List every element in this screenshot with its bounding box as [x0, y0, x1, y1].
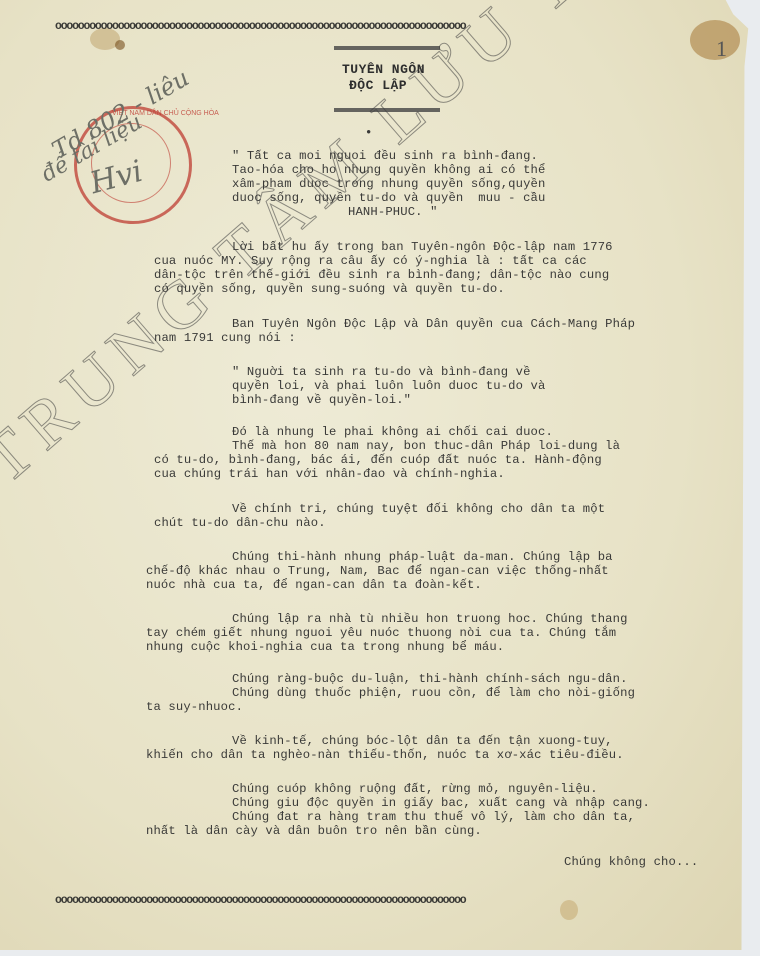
top-border-pattern: oooooooooooooooooooooooooooooooooooooooo…	[55, 20, 465, 33]
para8-line: khiến cho dân ta nghèo-nàn thiếu-thốn, n…	[146, 748, 624, 762]
continuation-text: Chúng không cho...	[564, 855, 698, 869]
para9-line: Chúng đat ra hàng tram thu thuế vô lý, l…	[232, 810, 635, 824]
para7-line: Chúng dùng thuốc phiện, ruou cồn, để làm…	[232, 686, 635, 700]
para7-line: ta suy-nhuoc.	[146, 700, 243, 714]
para4-line: chút tu-do dân-chu nào.	[154, 516, 326, 530]
para5-line: Chúng thi-hành nhung pháp-luật da-man. C…	[232, 550, 613, 564]
para3-line: Đó là nhung le phai không ai chối cai du…	[232, 425, 553, 439]
para3-line: có tu-do, bình-đang, bác ái, đến cuóp đấ…	[154, 453, 602, 467]
para6-line: tay chém giết nhung nguoi yêu nuóc thuon…	[146, 626, 616, 640]
stain	[115, 40, 125, 50]
para3-line: Thế mà hon 80 nam nay, bon thuc-dân Pháp…	[232, 439, 620, 453]
quote1-line: HANH-PHUC. "	[348, 205, 438, 219]
para3-line: cua chúng trái han với nhân-đao và chính…	[154, 467, 505, 481]
para9-line: Chúng cuóp không ruộng đất, rừng mỏ, ngu…	[232, 782, 598, 796]
para6-line: nhung cuộc khoi-nghia cua ta trong nhung…	[146, 640, 504, 654]
quote2-line: bình-đang về quyền-loi."	[232, 393, 411, 407]
stain	[690, 20, 740, 60]
para8-line: Về kinh-tế, chúng bóc-lột dân ta đến tận…	[232, 734, 613, 748]
page-number: 1	[716, 36, 727, 62]
stain	[560, 900, 578, 920]
para7-line: Chúng ràng-buộc du-luận, thi-hành chính-…	[232, 672, 628, 686]
document-page: oooooooooooooooooooooooooooooooooooooooo…	[0, 0, 752, 950]
quote2-line: " Nguời ta sinh ra tu-do và bình-đang về	[232, 365, 531, 379]
para5-line: nuóc nhà cua ta, để ngan-can dân ta đoàn…	[146, 578, 482, 592]
para9-line: nhất là dân cày và dân buôn tro nên bần …	[146, 824, 482, 838]
quote2-line: quyền loi, và phai luôn luôn duoc tu-do …	[232, 379, 545, 393]
para6-line: Chúng lập ra nhà tù nhiều hon truong hoc…	[232, 612, 628, 626]
para9-line: Chúng giu độc quyền in giấy bac, xuất ca…	[232, 796, 650, 810]
para5-line: chế-độ khác nhau o Trung, Nam, Bac để ng…	[146, 564, 609, 578]
para2-line: Ban Tuyên Ngôn Độc Lập và Dân quyền cua …	[232, 317, 635, 331]
bottom-border-pattern: oooooooooooooooooooooooooooooooooooooooo…	[55, 894, 465, 907]
para4-line: Về chính tri, chúng tuyệt đối không cho …	[232, 502, 605, 516]
